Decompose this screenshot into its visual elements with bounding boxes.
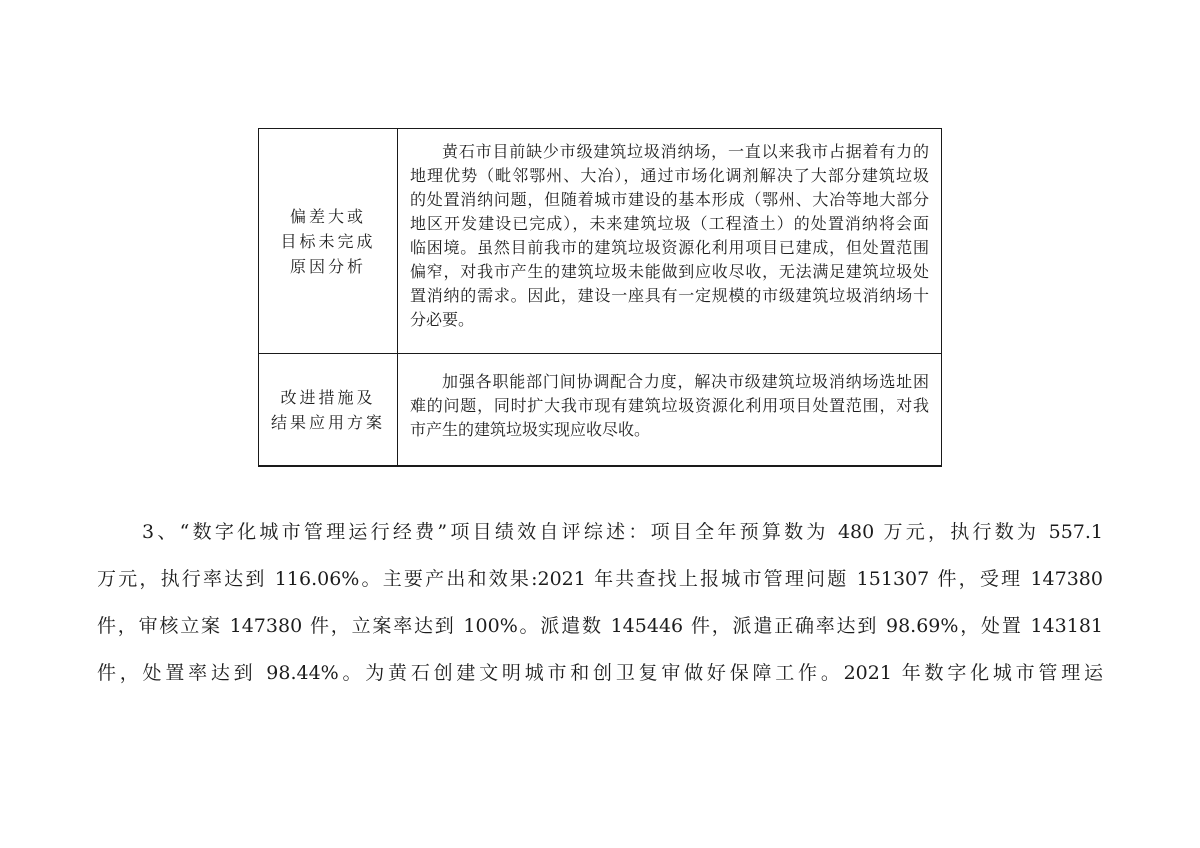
- text-line: 地理优势（毗邻鄂州、大冶），通过市场化调剂解决了大部分建筑垃圾: [410, 164, 929, 188]
- text-line: 市产生的建筑垃圾实现应收尽收。: [410, 418, 929, 442]
- text-line: 分必要。: [410, 308, 929, 332]
- improvement-measures-content-cell: 加强各职能部门间协调配合力度，解决市级建筑垃圾消纳场选址困难的问题，同时扩大我市…: [398, 354, 941, 465]
- text-line: 临困境。虽然目前我市的建筑垃圾资源化利用项目已建成，但处置范围: [410, 236, 929, 260]
- deviation-analysis-label-cell: 偏差大或目标未完成原因分析: [259, 129, 398, 354]
- text-line: 件，审核立案 147380 件，立案率达到 100%。派遣数 145446 件，…: [97, 603, 1103, 650]
- text-line: 置消纳的需求。因此，建设一座具有一定规模的市级建筑垃圾消纳场十: [410, 284, 929, 308]
- performance-evaluation-table: 偏差大或目标未完成原因分析 黄石市目前缺少市级建筑垃圾消纳场，一直以来我市占据着…: [258, 128, 942, 467]
- text-line: 偏窄，对我市产生的建筑垃圾未能做到应收尽收，无法满足建筑垃圾处: [410, 260, 929, 284]
- text-line: 结果应用方案: [259, 410, 397, 435]
- text-line: 偏差大或: [259, 204, 397, 229]
- text-line: 难的问题，同时扩大我市现有建筑垃圾资源化利用项目处置范围，对我: [410, 394, 929, 418]
- text-line: 改进措施及: [259, 385, 397, 410]
- text-line: 的处置消纳问题，但随着城市建设的基本形成（鄂州、大冶等地大部分: [410, 188, 929, 212]
- improvement-measures-label-cell: 改进措施及结果应用方案: [259, 354, 398, 465]
- text-line: 黄石市目前缺少市级建筑垃圾消纳场，一直以来我市占据着有力的: [410, 140, 929, 164]
- text-line: 目标未完成: [259, 229, 397, 254]
- document-page: 偏差大或目标未完成原因分析 黄石市目前缺少市级建筑垃圾消纳场，一直以来我市占据着…: [0, 0, 1200, 848]
- text-line: 加强各职能部门间协调配合力度，解决市级建筑垃圾消纳场选址困: [410, 370, 929, 394]
- self-evaluation-summary-paragraph: 3、“数字化城市管理运行经费”项目绩效自评综述：项目全年预算数为 480 万元，…: [97, 509, 1103, 697]
- deviation-analysis-content-cell: 黄石市目前缺少市级建筑垃圾消纳场，一直以来我市占据着有力的地理优势（毗邻鄂州、大…: [398, 129, 941, 354]
- text-line: 件，处置率达到 98.44%。为黄石创建文明城市和创卫复审做好保障工作。2021…: [97, 650, 1103, 697]
- text-line: 地区开发建设已完成），未来建筑垃圾（工程渣土）的处置消纳将会面: [410, 212, 929, 236]
- text-line: 原因分析: [259, 254, 397, 279]
- text-line: 3、“数字化城市管理运行经费”项目绩效自评综述：项目全年预算数为 480 万元，…: [97, 509, 1103, 556]
- text-line: 万元，执行率达到 116.06%。主要产出和效果:2021 年共查找上报城市管理…: [97, 556, 1103, 603]
